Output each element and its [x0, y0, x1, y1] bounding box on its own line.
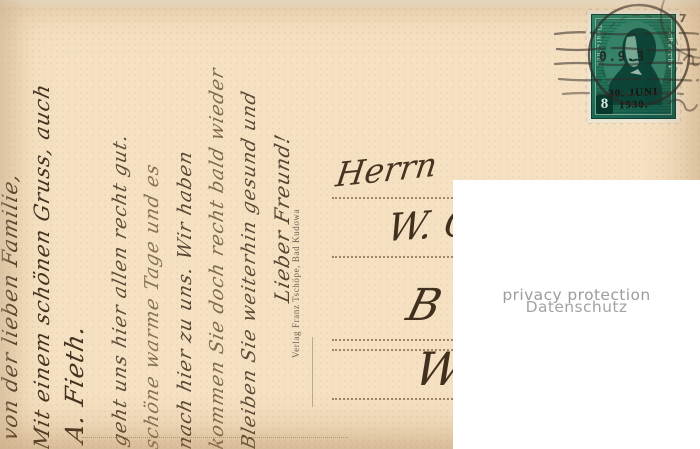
postage-stamp: Deutsches Reich 8 30. JUNI 1930. [587, 10, 680, 123]
privacy-text-block: privacy protection Datenschutz [453, 286, 700, 316]
privacy-line-de: Datenschutz [453, 298, 700, 316]
handwriting-line: geht uns hier allen recht gut. [109, 134, 131, 446]
handwriting-line: Mit einem schönen Gruss, auch [30, 84, 54, 449]
stamp-country-left: Deutsches [595, 25, 603, 66]
divider-line [312, 337, 313, 407]
postcard-back: Lieber Freund!Bleiben Sie weiterhin gesu… [0, 0, 700, 449]
handwriting-line: Lieber Freund! [270, 134, 294, 302]
handwriting-line: von der lieben Familie, [0, 173, 22, 440]
address-dotted-line [332, 398, 460, 400]
address-dotted-line [332, 256, 460, 258]
stamp-overprint: 30. JUNI 1930. [592, 86, 676, 113]
handwriting-line: kommen Sie doch recht bald wieder [206, 68, 228, 449]
address-dotted-line [332, 339, 460, 341]
handwriting-line: schöne warme Tage und es [141, 164, 163, 449]
handwriting-line: A. Fieth. [60, 325, 89, 442]
stamp-body: Deutsches Reich 8 30. JUNI 1930. [591, 14, 676, 119]
handwriting-line: nach hier zu uns. Wir haben [174, 151, 196, 449]
address-city-fragment: B [408, 280, 440, 331]
address-salutation: Herrn [334, 145, 439, 194]
handwriting-line: Bleiben Sie weiterhin gesund und [238, 91, 260, 449]
stamp-country-right: Reich [666, 31, 674, 71]
privacy-overlay: privacy protection Datenschutz [453, 180, 700, 449]
address-dotted-line [332, 197, 460, 199]
